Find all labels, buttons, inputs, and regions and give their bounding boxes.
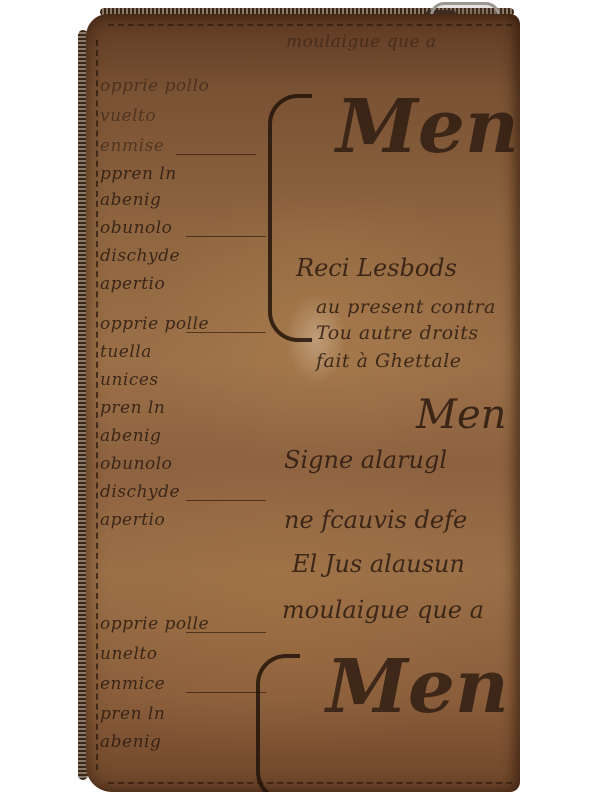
- engraving-left-line: opprie pollo: [100, 76, 209, 96]
- engraving-signature-mid: Men: [416, 392, 506, 438]
- engraving-left-line: enmise: [100, 136, 164, 156]
- stitching-bottom: [108, 782, 512, 784]
- engraving-rule: [186, 332, 266, 333]
- engraving-left-line: unices: [100, 370, 159, 390]
- engraving-text-line: El Jus alausun: [292, 550, 465, 578]
- engraving-left-line: dischyde: [100, 482, 180, 502]
- engraving-text-line: au present contra: [316, 296, 496, 318]
- wallet-body: moulaigue que a opprie pollo vuelto enmi…: [86, 14, 520, 792]
- photo-scene: moulaigue que a opprie pollo vuelto enmi…: [0, 0, 600, 800]
- engraving-left-line: apertio: [100, 274, 165, 294]
- engraving-brace: [256, 654, 300, 792]
- engraving-left-line: tuella: [100, 342, 152, 362]
- engraving-left-line: abenig: [100, 190, 161, 210]
- engraving-text-line: Signe alarugl: [284, 446, 447, 474]
- engraving-text-line: ne fcauvis defe: [284, 506, 467, 534]
- engraving-left-line: pren ln: [100, 704, 165, 724]
- engraving-rule: [186, 236, 266, 237]
- engraving-text-line: Tou autre droits: [316, 322, 479, 344]
- engraving-top-line: moulaigue que a: [286, 32, 437, 52]
- engraving-signature-bottom: Men: [326, 644, 509, 730]
- engraving-left-line: vuelto: [100, 106, 156, 126]
- engraving-left-line: ppren ln: [100, 164, 177, 184]
- engraving-brace: [268, 94, 312, 342]
- stitching-left: [96, 40, 98, 770]
- engraving-text-line: moulaigue que a: [282, 596, 484, 624]
- engraving-text-line: Reci Lesbods: [296, 254, 457, 282]
- engraving-left-line: unelto: [100, 644, 157, 664]
- engraving-left-line: abenig: [100, 732, 161, 752]
- engraving-left-line: apertio: [100, 510, 165, 530]
- engraving-left-line: obunolo: [100, 454, 172, 474]
- engraving-signature-top: Men: [336, 84, 519, 170]
- engraving-rule: [186, 632, 266, 633]
- engraving-left-line: opprie polle: [100, 614, 209, 634]
- engraving-left-line: obunolo: [100, 218, 172, 238]
- engraving-left-line: pren ln: [100, 398, 165, 418]
- engraving-rule: [186, 692, 266, 693]
- engraving-left-line: abenig: [100, 426, 161, 446]
- engraving-rule: [186, 500, 266, 501]
- stitching-top: [108, 24, 512, 26]
- engraving-text-line: fait à Ghettale: [316, 350, 462, 372]
- engraving-left-line: dischyde: [100, 246, 180, 266]
- engraving-left-line: enmice: [100, 674, 165, 694]
- engraving-left-line: opprie polle: [100, 314, 209, 334]
- engraving-rule: [176, 154, 256, 155]
